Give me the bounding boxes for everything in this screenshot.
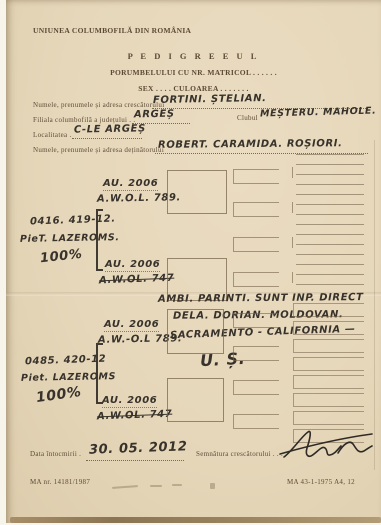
greatgrandparent-box <box>293 303 364 317</box>
form-ref-left: MA nr. 14181/1987 <box>30 478 90 486</box>
top-dam-ring-line1: AU. 2006 <box>105 259 160 272</box>
greatgrandparent-box <box>293 411 364 425</box>
club-label: Clubul <box>237 114 258 122</box>
branch-label: Filiala columbofilă a județului . . <box>33 116 135 124</box>
page-subtitle: PORUMBELULUI CU NR. MATRICOL . . . . . . <box>6 68 381 77</box>
greatgrandparent-box <box>293 339 364 353</box>
top-bracket-tick-lower <box>96 269 103 271</box>
line-group-tick <box>292 237 293 248</box>
top-bird-strain: PieT. LAZEROMS. <box>20 232 120 245</box>
greatgrandparent-box <box>293 321 364 335</box>
form-ref-right: MA 43-1-1975 A4, 12 <box>287 478 355 486</box>
signature-label: Semnătura crescătorului . . . . <box>196 450 287 458</box>
paper-bottom-shadow <box>10 517 381 523</box>
line-group-tick <box>292 167 293 178</box>
org-title: UNIUNEA COLUMBOFILĂ DIN ROMÂNIA <box>33 26 191 35</box>
breeder-value: FORTINI. ȘTELIAN. <box>153 93 267 106</box>
grandparent-box <box>233 237 279 252</box>
signature-scribble <box>278 426 374 466</box>
breeder-label: Numele, prenumele și adresa crescătorulu… <box>33 101 164 109</box>
locality-dotted-line <box>72 137 142 139</box>
grandparent-box <box>233 272 279 287</box>
bottom-bird-strain: Piet. LAZEROMS <box>21 371 116 384</box>
greatgrandparent-box <box>293 357 364 371</box>
scanned-pedigree-document: { "header": { "org": "UNIUNEA COLUMBOFIL… <box>0 0 381 525</box>
bottom-dam-ring-line1: AU. 2006 <box>102 395 157 408</box>
line-group-tick <box>292 202 293 213</box>
paper-edge-crease <box>374 140 375 470</box>
grandparent-box <box>233 346 279 361</box>
grandparent-box <box>233 202 279 217</box>
ink-smudge <box>210 483 215 489</box>
branch-value: ARGEȘ <box>134 109 175 121</box>
top-sire-ring-line1: AU. 2006 <box>103 178 158 191</box>
top-bracket-tick-upper <box>96 209 103 211</box>
bottom-sire-ring-line1: AU. 2006 <box>104 319 159 332</box>
date-label: Data întocmirii . <box>30 450 81 458</box>
top-sire-box <box>167 170 227 214</box>
sex-color-line: SEX . . . . CULOAREA . . . . . . . <box>6 84 381 93</box>
grandparent-box <box>233 414 279 429</box>
date-dotted-line <box>86 459 184 461</box>
grandparent-box <box>233 169 279 184</box>
locality-label: Localitatea . <box>33 131 72 139</box>
page-title: P E D I G R E E U L <box>6 51 381 61</box>
greatgrandparent-lines-top <box>296 154 364 287</box>
owner-value: ROBERT. CARAMIDA. ROȘIORI. <box>158 138 343 151</box>
line-group-tick <box>292 272 293 283</box>
ink-smudge <box>150 485 162 487</box>
ink-smudge <box>172 484 182 486</box>
owner-label: Numele, prenumele și adresa deținătorulu… <box>33 146 164 154</box>
bottom-dam-box <box>167 378 224 422</box>
greatgrandparent-box <box>293 393 364 407</box>
greatgrandparent-box <box>293 375 364 389</box>
grandparent-box <box>233 313 279 328</box>
bottom-sire-box <box>167 309 224 354</box>
locality-value: C-LE ARGEȘ <box>74 123 146 135</box>
grandparent-box <box>233 380 279 395</box>
bottom-bracket-tick-upper <box>96 343 103 345</box>
